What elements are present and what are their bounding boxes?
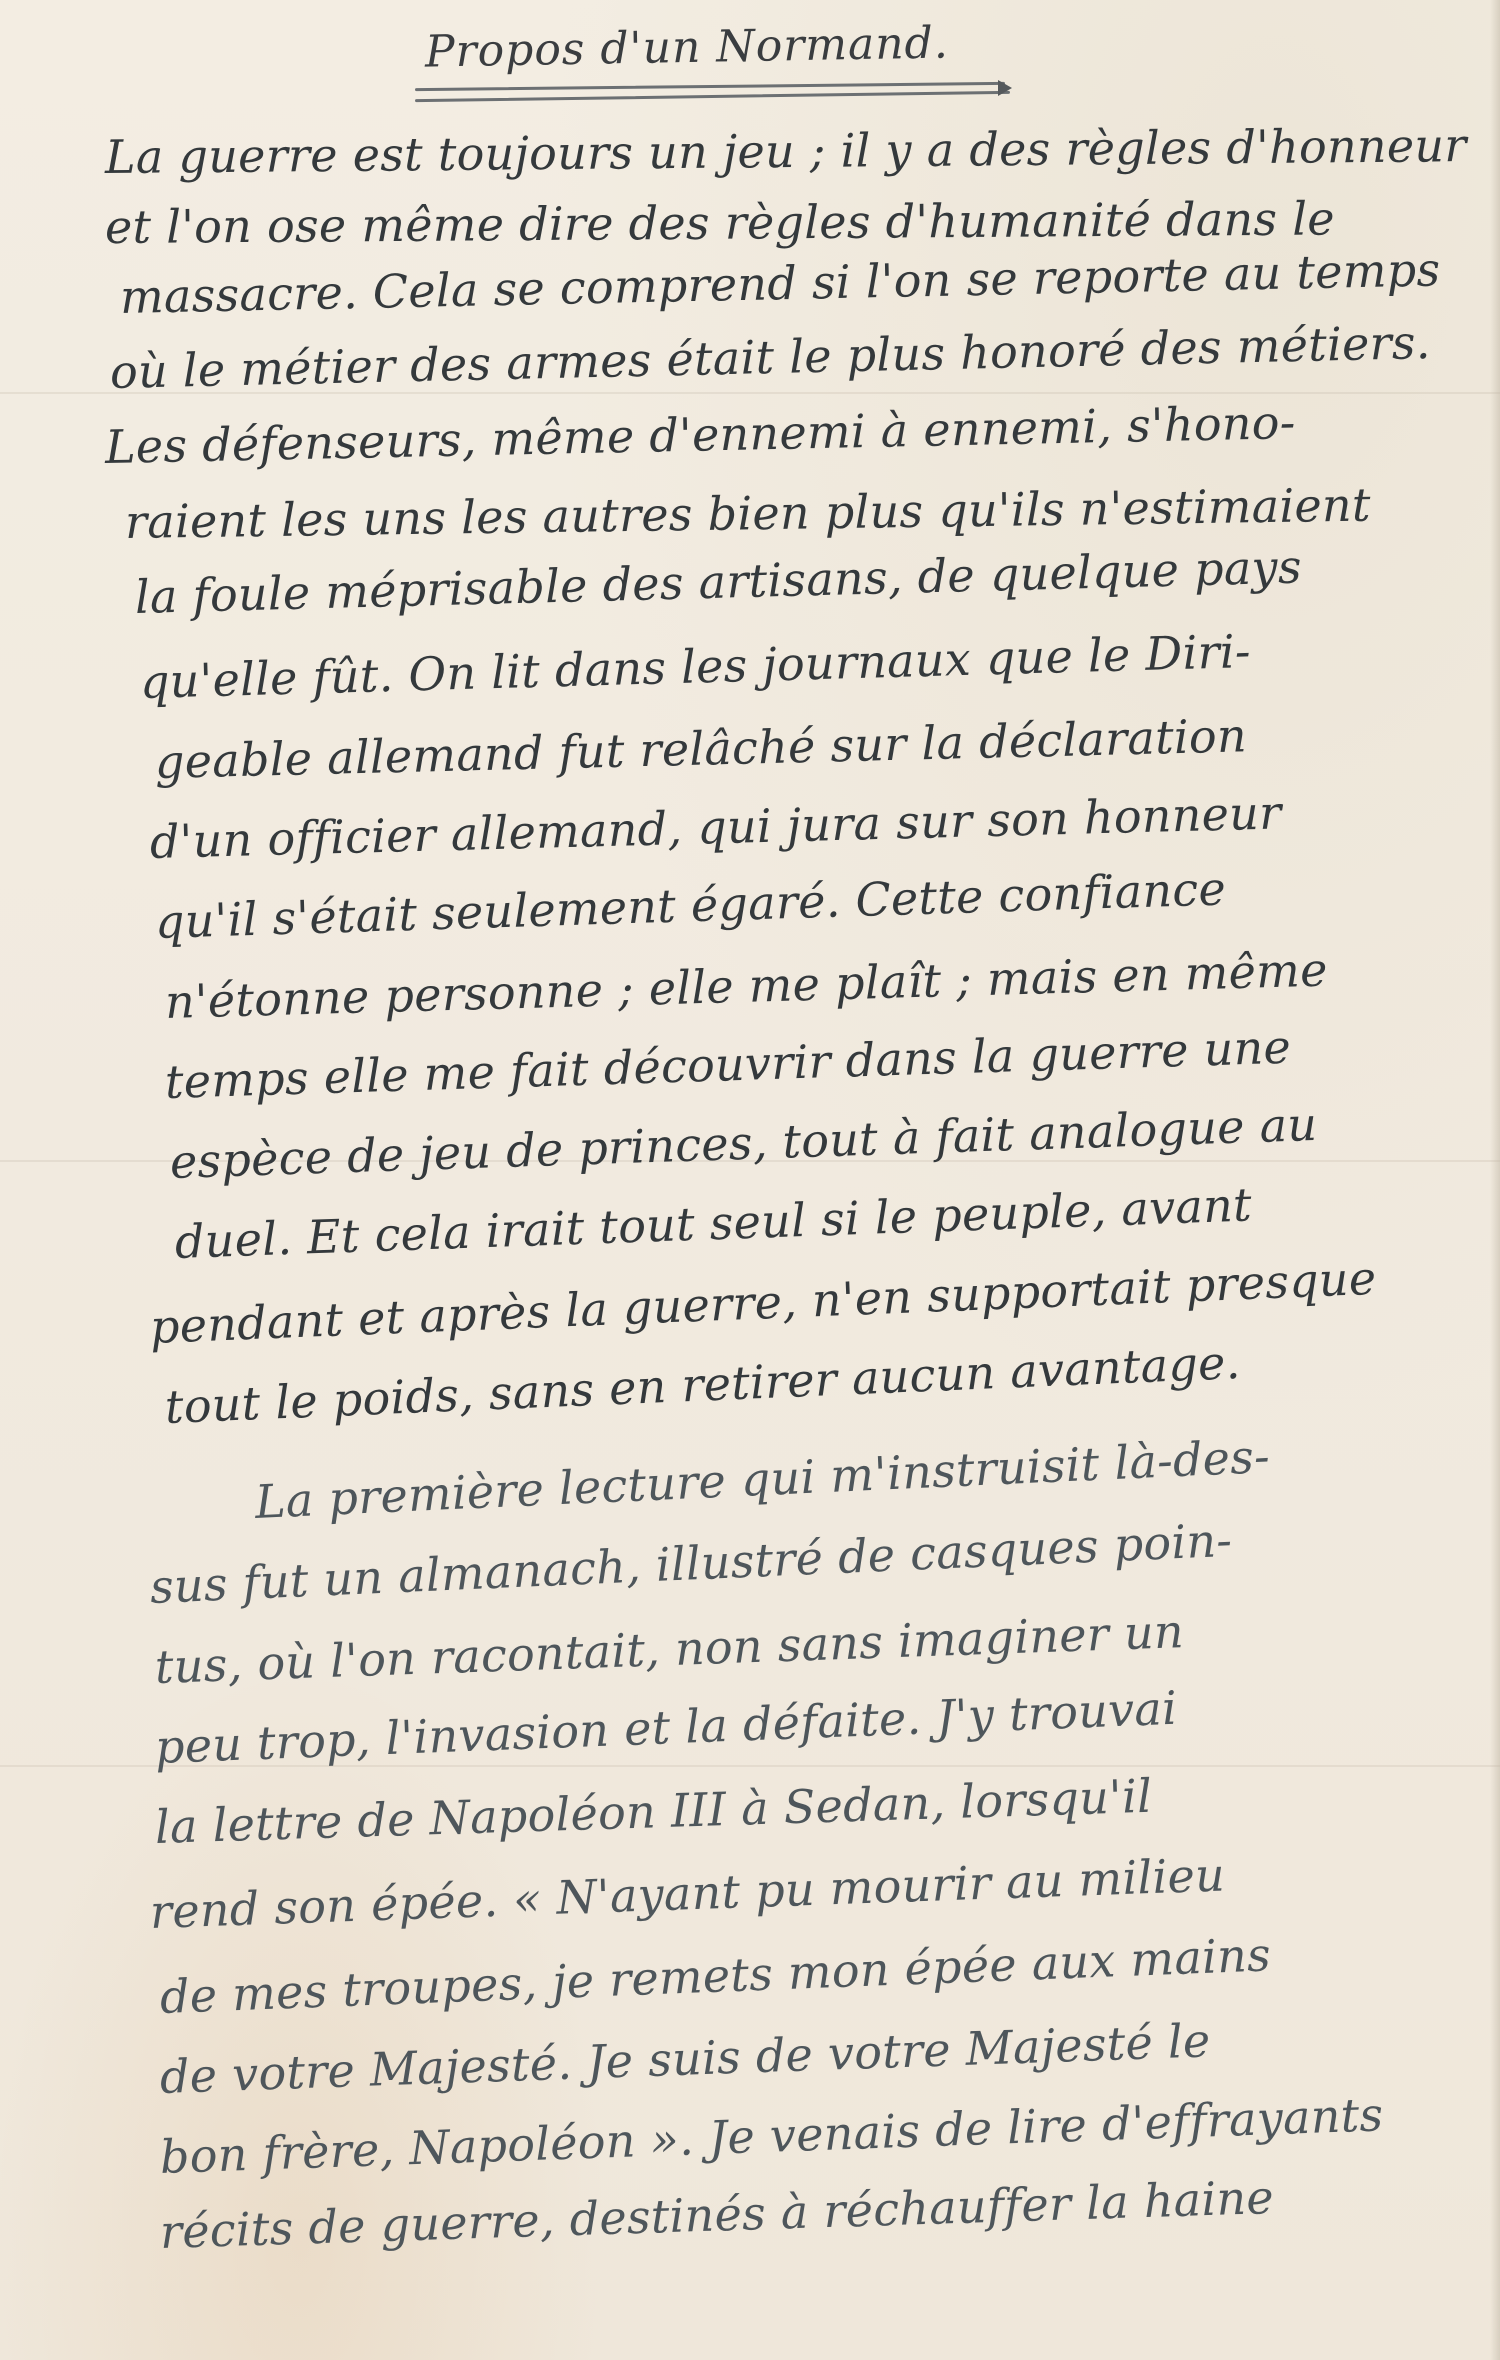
text-line: tout le poids, sans en retirer aucun ava…: [164, 1335, 1242, 1434]
text-line: rend son épée. « N'ayant pu mourir au mi…: [149, 1847, 1226, 1939]
text-line: qu'il s'était seulement égaré. Cette con…: [154, 861, 1227, 949]
text-line: n'étonne personne ; elle me plaît ; mais…: [164, 943, 1328, 1029]
text-line: La guerre est toujours un jeu ; il y a d…: [105, 118, 1467, 184]
title-underline: [415, 91, 1010, 102]
text-line: bon frère, Napoléon ». Je venais de lire…: [159, 2087, 1384, 2184]
text-line: la foule méprisable des artisans, de que…: [134, 539, 1302, 624]
text-line: récits de guerre, destinés à réchauffer …: [159, 2170, 1274, 2259]
text-line: espèce de jeu de princes, tout à fait an…: [169, 1097, 1318, 1189]
text-line: geable allemand fut relâché sur la décla…: [154, 708, 1247, 789]
text-line: La première lecture qui m'instruisit là-…: [254, 1429, 1271, 1529]
text-line: d'un officier allemand, qui jura sur son…: [149, 785, 1282, 869]
text-line: de mes troupes, je remets mon épée aux m…: [159, 1927, 1272, 2024]
text-line: tus, où l'on racontait, non sans imagine…: [154, 1604, 1185, 1694]
underline-arrow-icon: [998, 80, 1012, 96]
text-line: duel. Et cela irait tout seul si le peup…: [174, 1177, 1253, 1269]
title-underline: [415, 82, 1005, 91]
text-line: et l'on ose même dire des règles d'human…: [105, 191, 1335, 254]
text-line: la lettre de Napoléon III à Sedan, lorsq…: [154, 1769, 1153, 1854]
text-line: où le métier des armes était le plus hon…: [109, 315, 1431, 399]
text-line: Les défenseurs, même d'ennemi à ennemi, …: [104, 395, 1296, 474]
text-line: peu trop, l'invasion et la défaite. J'y …: [154, 1681, 1178, 1774]
paper-edge: [1490, 0, 1500, 2360]
text-line: de votre Majesté. Je suis de votre Majes…: [159, 2013, 1211, 2104]
text-line: temps elle me fait découvrir dans la gue…: [164, 1020, 1292, 1109]
document-title: Propos d'un Normand.: [425, 17, 950, 77]
text-line: raient les uns les autres bien plus qu'i…: [125, 478, 1371, 549]
manuscript-page: Propos d'un Normand. La guerre est toujo…: [0, 0, 1500, 2360]
text-line: sus fut un almanach, illustré de casques…: [149, 1513, 1233, 1614]
text-line: massacre. Cela se comprend si l'on se re…: [119, 242, 1440, 324]
text-line: qu'elle fût. On lit dans les journaux qu…: [139, 624, 1251, 709]
